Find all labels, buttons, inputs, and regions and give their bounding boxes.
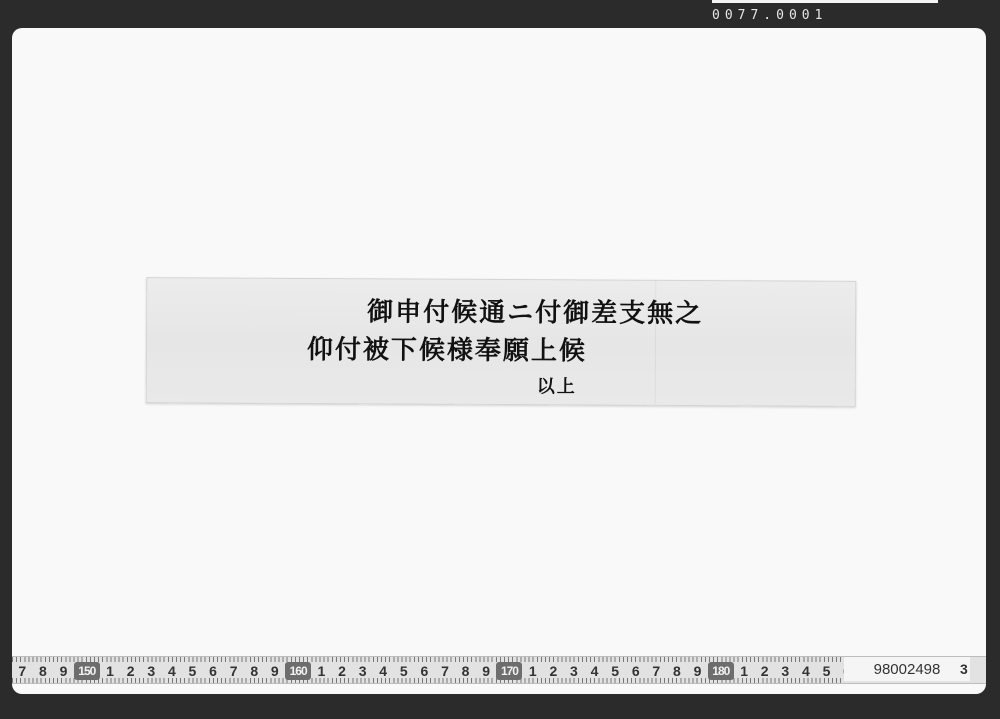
ruler-label: 1: [522, 661, 543, 681]
ruler-label: 7: [12, 661, 33, 681]
ruler-label: 3: [141, 661, 162, 681]
ruler-label: 9: [265, 661, 286, 681]
ruler-tail-label: 3: [960, 661, 968, 677]
ruler-label: 3: [352, 661, 373, 681]
ruler-label: 9: [687, 661, 708, 681]
frame-id: 0077.0001: [712, 8, 827, 23]
ruler-label: 2: [754, 661, 775, 681]
ruler-label: 4: [162, 661, 183, 681]
ruler-label: 3: [564, 661, 585, 681]
ruler-label: 5: [816, 661, 837, 681]
ruler-label: 8: [33, 661, 54, 681]
ruler-label: 8: [244, 661, 265, 681]
ruler-label: 3: [775, 661, 796, 681]
ruler-label: 5: [605, 661, 626, 681]
ruler-major-label: 160: [285, 662, 311, 680]
ruler-label: 8: [455, 661, 476, 681]
ruler-label: 2: [543, 661, 564, 681]
ruler-major-label: 150: [74, 662, 100, 680]
ruler-label: 5: [394, 661, 415, 681]
ruler-major-label: 180: [708, 662, 734, 680]
ruler-major-label: 170: [496, 662, 522, 680]
ruler-label: 4: [796, 661, 817, 681]
ruler-label: 6: [625, 661, 646, 681]
ruler-label: 8: [667, 661, 688, 681]
ruler-label: 2: [120, 661, 141, 681]
ruler-label: 7: [646, 661, 667, 681]
top-edge-strip: [712, 0, 938, 3]
script-line-3: 以上: [537, 372, 577, 398]
document-slip: 御申付候通ニ付御差支無之 仰付被下候様奉願上候 以上: [146, 277, 857, 407]
ruler-label: 9: [476, 661, 497, 681]
ruler-label: 9: [53, 661, 74, 681]
ruler-label: 7: [223, 661, 244, 681]
ruler-label: 7: [435, 661, 456, 681]
script-line-1: 御申付候通ニ付御差支無之: [367, 291, 703, 330]
ruler-label: 2: [332, 661, 353, 681]
ruler-label: 5: [182, 661, 203, 681]
script-line-2: 仰付被下候様奉願上候: [307, 329, 587, 367]
ruler-label: 6: [203, 661, 224, 681]
measuring-ruler: 7891501234567891601234567891701234567891…: [12, 656, 986, 684]
ruler-label: 6: [414, 661, 435, 681]
ruler-label: 1: [734, 661, 755, 681]
ruler-label: 1: [100, 661, 121, 681]
ruler-label: 4: [584, 661, 605, 681]
catalog-number: 98002498: [844, 657, 970, 681]
ruler-numbers: 7891501234567891601234567891701234567891…: [12, 661, 842, 681]
ruler-label: 1: [311, 661, 332, 681]
ruler-label: 4: [373, 661, 394, 681]
